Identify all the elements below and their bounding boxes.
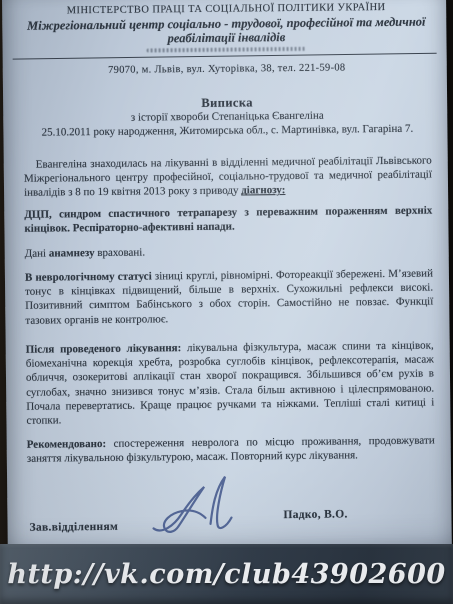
letterhead-divider — [13, 52, 437, 59]
neuro-lead: В неврологічному статусі — [25, 270, 152, 283]
document-title-block: Виписка з історії хвороби Степаніцька Єв… — [23, 93, 431, 140]
anamnesis-post: враховані. — [94, 247, 145, 260]
watermark-bar: http://vk.com/club43902600 — [0, 544, 453, 604]
letterhead-center-name: Міжрегіональний центр соціально - трудов… — [22, 15, 430, 48]
anamnesis-pre: Дані — [25, 248, 49, 260]
paragraph-anamnesis: Дані анамнезу враховані. — [25, 243, 433, 262]
paragraph-diagnosis: ДЦП, синдром спастичного тетрапарезу з п… — [24, 203, 432, 236]
letterhead-center-line2: реабілітації інвалідів — [167, 30, 285, 45]
paragraph-recommendations: Рекомендовано: спостереження невролога п… — [27, 433, 435, 466]
anamnesis-bold: анамнезу — [49, 247, 95, 259]
paragraph-intro: Евангеліна знаходилась на лікуванні в ві… — [24, 153, 432, 200]
signature-scribble-icon — [147, 473, 268, 551]
intro-diagnosis-word: діагнозу: — [241, 185, 285, 197]
paper-sheet: МІНІСТЕРСТВО ПРАЦІ ТА СОЦІАЛЬНОЇ ПОЛІТИК… — [2, 0, 452, 554]
paragraph-neurological-status: В неврологічному статусі зіниці круглі, … — [25, 266, 434, 327]
intro-text: Евангеліна знаходилась на лікуванні в ві… — [24, 154, 432, 199]
watermark-url: http://vk.com/club43902600 — [7, 559, 445, 590]
letterhead-center-line1: Міжрегіональний центр соціально - трудов… — [27, 15, 425, 33]
paragraph-treatment: Після проведеного лікування: лікувальна … — [26, 338, 435, 428]
signatory-name: Падко, В.О. — [283, 509, 347, 522]
treatment-lead: Після проведеного лікування: — [26, 342, 182, 356]
patient-info: 25.10.2011 року народження, Житомирська … — [23, 123, 431, 141]
letterhead-address: 79070, м. Львів, вул. Хуторівка, 38, тел… — [23, 61, 431, 76]
recommend-lead: Рекомендовано: — [27, 438, 107, 451]
document-photo: МІНІСТЕРСТВО ПРАЦІ ТА СОЦІАЛЬНОЇ ПОЛІТИК… — [0, 0, 453, 604]
signatory-position: Зав.відділенням — [30, 521, 119, 534]
fine-print-line — [147, 47, 307, 53]
